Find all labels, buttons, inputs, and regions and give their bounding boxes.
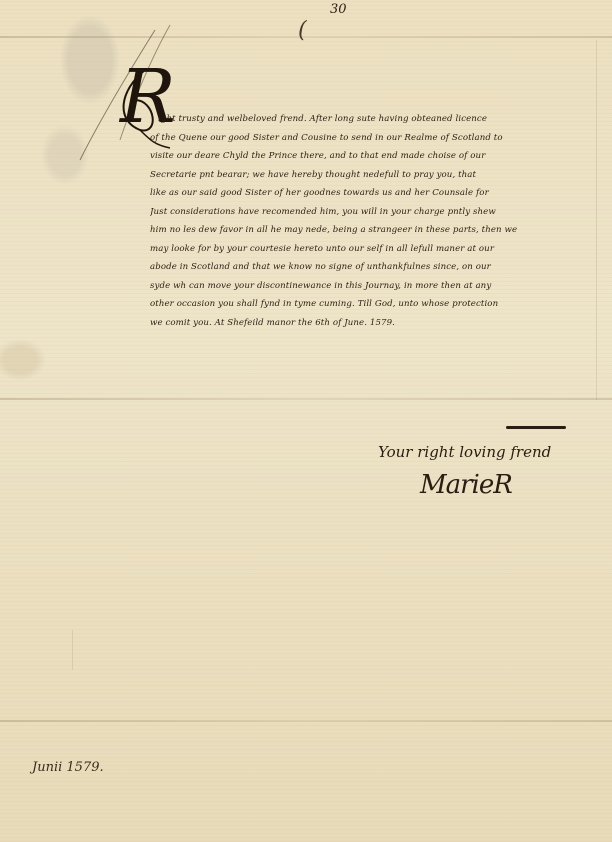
- fold-line: [0, 720, 612, 722]
- letter-line: him no les dew favor in all he may nede,…: [150, 221, 612, 240]
- letter-line: ight trusty and welbeloved frend. After …: [150, 110, 612, 129]
- letter-line: syde wh can move your discontinewance in…: [150, 277, 612, 296]
- fold-line: [0, 398, 612, 400]
- letter-line: Secretarie pnt bearar; we have hereby th…: [150, 166, 612, 185]
- letter-line: visite our deare Chyld the Prince there,…: [150, 147, 612, 166]
- letter-line: abode in Scotland and that we know no si…: [150, 258, 612, 277]
- signature: MarieR: [420, 470, 512, 500]
- letter-line: Just considerations have recomended him,…: [150, 203, 612, 222]
- letter-line: may looke for by your courtesie hereto u…: [150, 240, 612, 259]
- vertical-crease: [72, 630, 73, 670]
- folio-bracket: (: [298, 18, 307, 43]
- closing-salutation: Your right loving frend: [378, 443, 551, 461]
- letter-body: ight trusty and welbeloved frend. After …: [150, 110, 612, 332]
- letter-line: we comit you. At Shefeild manor the 6th …: [150, 314, 612, 333]
- date-underline: [506, 426, 566, 429]
- letter-line: of the Quene our good Sister and Cousine…: [150, 129, 612, 148]
- letter-line: like as our said good Sister of her good…: [150, 184, 612, 203]
- letter-line: other occasion you shall fynd in tyme cu…: [150, 295, 612, 314]
- folio-number: 30: [330, 2, 347, 17]
- margin-annotation: Junii 1579.: [32, 760, 104, 775]
